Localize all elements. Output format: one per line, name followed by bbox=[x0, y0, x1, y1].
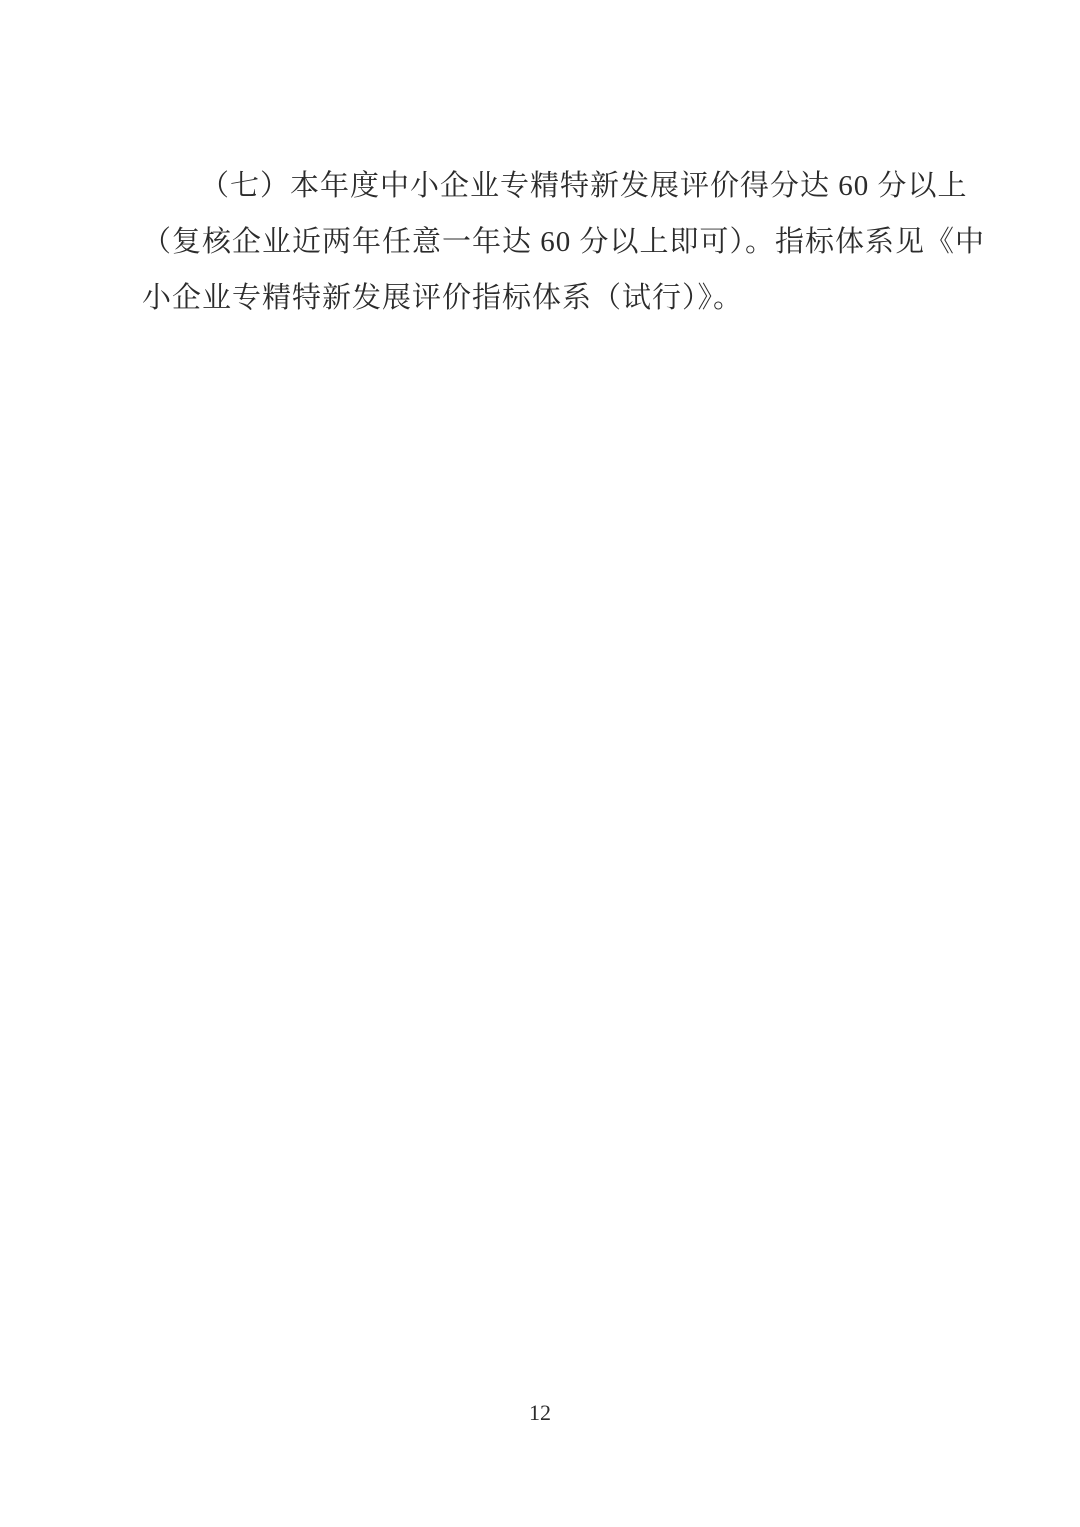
paragraph-line-3: 小企业专精特新发展评价指标体系（试行）》。 bbox=[142, 270, 940, 326]
paragraph-line-1: （七）本年度中小企业专精特新发展评价得分达 60 分以上 bbox=[142, 158, 940, 214]
document-page: （七）本年度中小企业专精特新发展评价得分达 60 分以上 （复核企业近两年任意一… bbox=[0, 0, 1080, 1527]
body-paragraph: （七）本年度中小企业专精特新发展评价得分达 60 分以上 （复核企业近两年任意一… bbox=[142, 158, 940, 326]
page-number: 12 bbox=[0, 1398, 1080, 1428]
paragraph-line-2: （复核企业近两年任意一年达 60 分以上即可）。指标体系见《中 bbox=[142, 214, 940, 270]
